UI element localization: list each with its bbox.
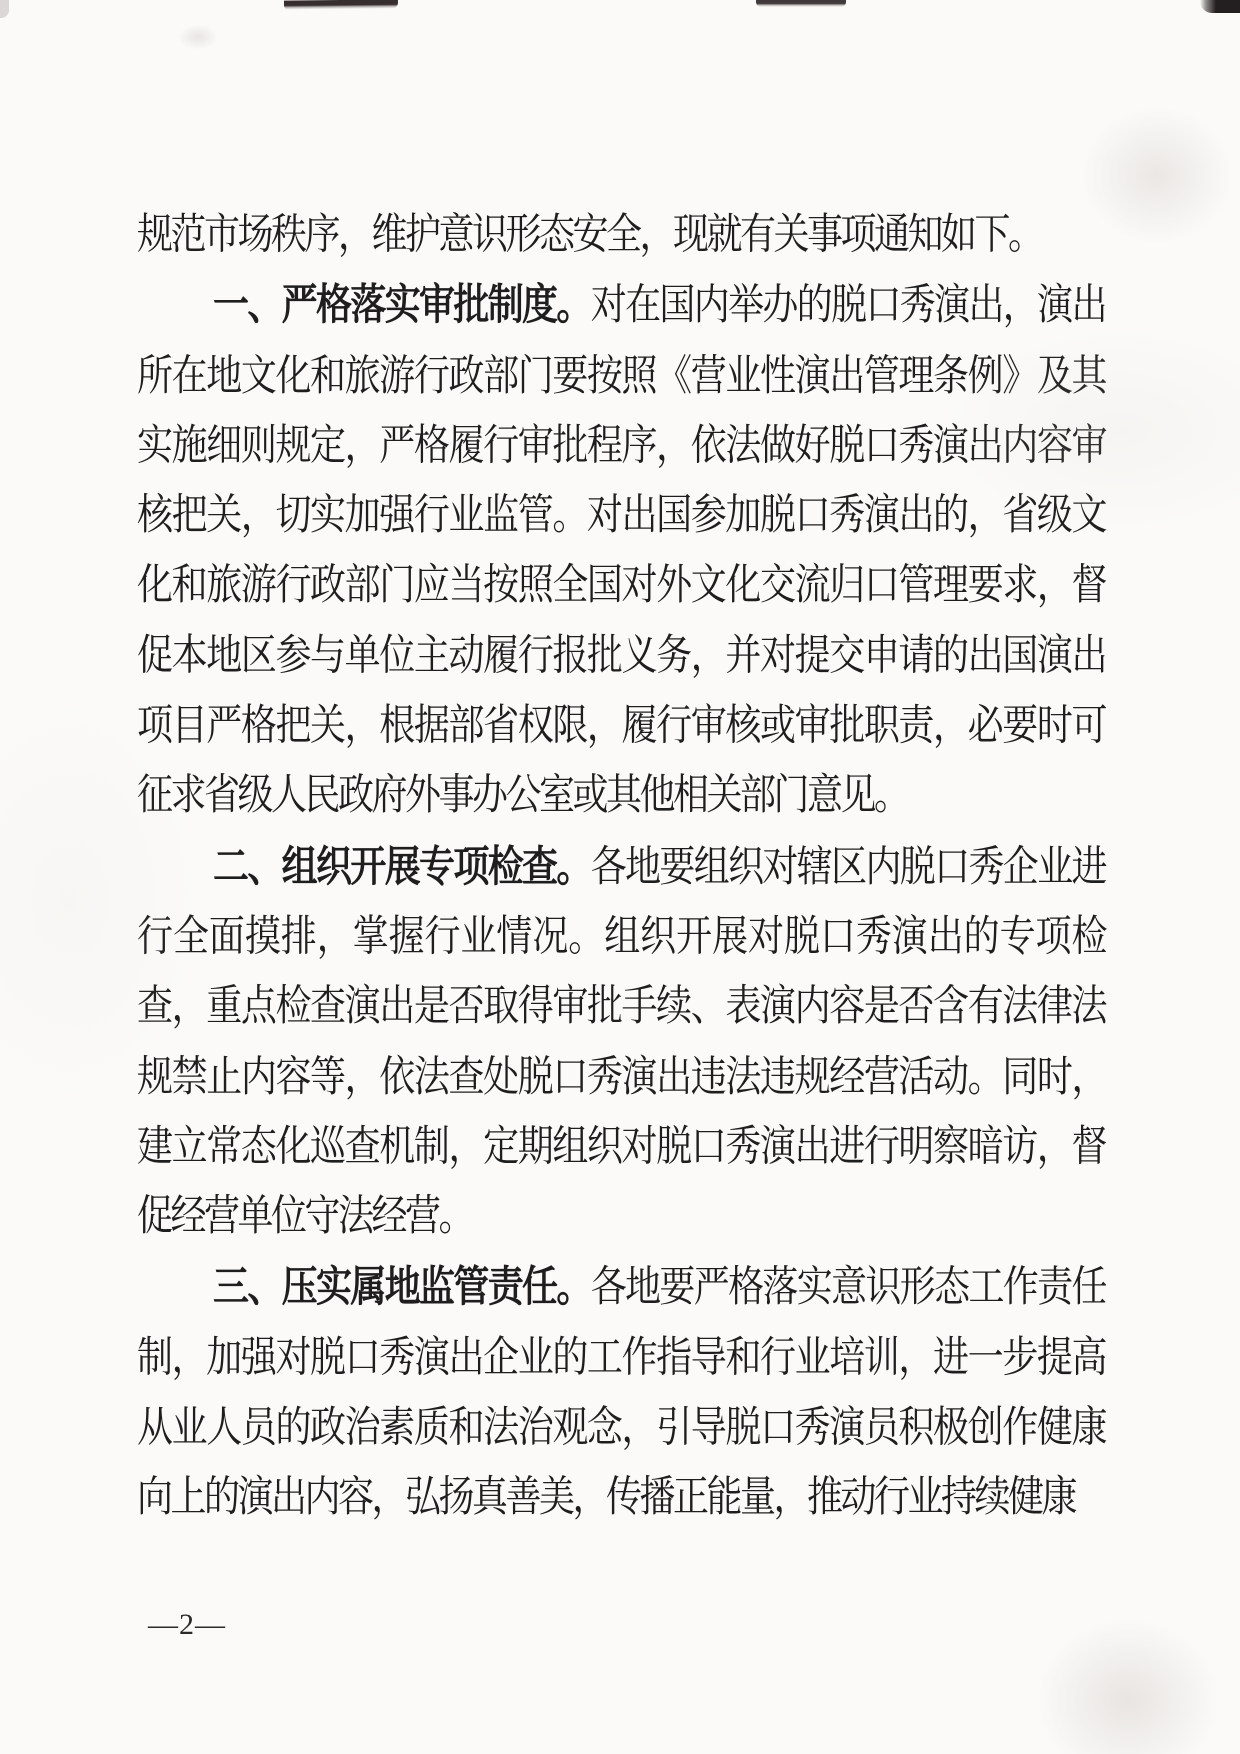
scan-artifact-top-middle-streak bbox=[756, 0, 846, 7]
section-3-heading: 三、压实属地监管责任。 bbox=[213, 1263, 591, 1311]
scanned-document-page: 规范市场秩序，维护意识形态安全，现就有关事项通知如下。 一、严格落实审批制度。对… bbox=[0, 0, 1240, 1754]
scan-artifact-left-edge-mark bbox=[0, 0, 9, 18]
scan-artifact-faint-smudge bbox=[178, 24, 218, 50]
scan-artifact-top-right-corner bbox=[1200, 0, 1240, 13]
paragraph-intro: 规范市场秩序，维护意识形态安全，现就有关事项通知如下。 bbox=[137, 200, 1105, 270]
section-2-body: 各地要组织对辖区内脱口秀企业进行全面摸排，掌握行业情况。组织开展对脱口秀演出的专… bbox=[137, 843, 1105, 1240]
section-1-heading: 一、严格落实审批制度。 bbox=[213, 281, 591, 329]
section-1-body: 对在国内举办的脱口秀演出，演出所在地文化和旅游行政部门要按照《营业性演出管理条例… bbox=[137, 282, 1105, 819]
scan-artifact-bottom-right-shading bbox=[1038, 1620, 1218, 1754]
section-2-heading: 二、组织开展专项检查。 bbox=[213, 842, 591, 890]
document-body: 规范市场秩序，维护意识形态安全，现就有关事项通知如下。 一、严格落实审批制度。对… bbox=[137, 200, 1105, 1533]
scan-artifact-top-left-streak bbox=[284, 0, 398, 10]
paragraph-section-3: 三、压实属地监管责任。各地要严格落实意识形态工作责任制，加强对脱口秀演出企业的工… bbox=[137, 1252, 1105, 1533]
paragraph-section-2: 二、组织开展专项检查。各地要组织对辖区内脱口秀企业进行全面摸排，掌握行业情况。组… bbox=[137, 831, 1105, 1252]
page-number: —2— bbox=[148, 1608, 226, 1642]
paragraph-section-1: 一、严格落实审批制度。对在国内举办的脱口秀演出，演出所在地文化和旅游行政部门要按… bbox=[137, 270, 1105, 831]
